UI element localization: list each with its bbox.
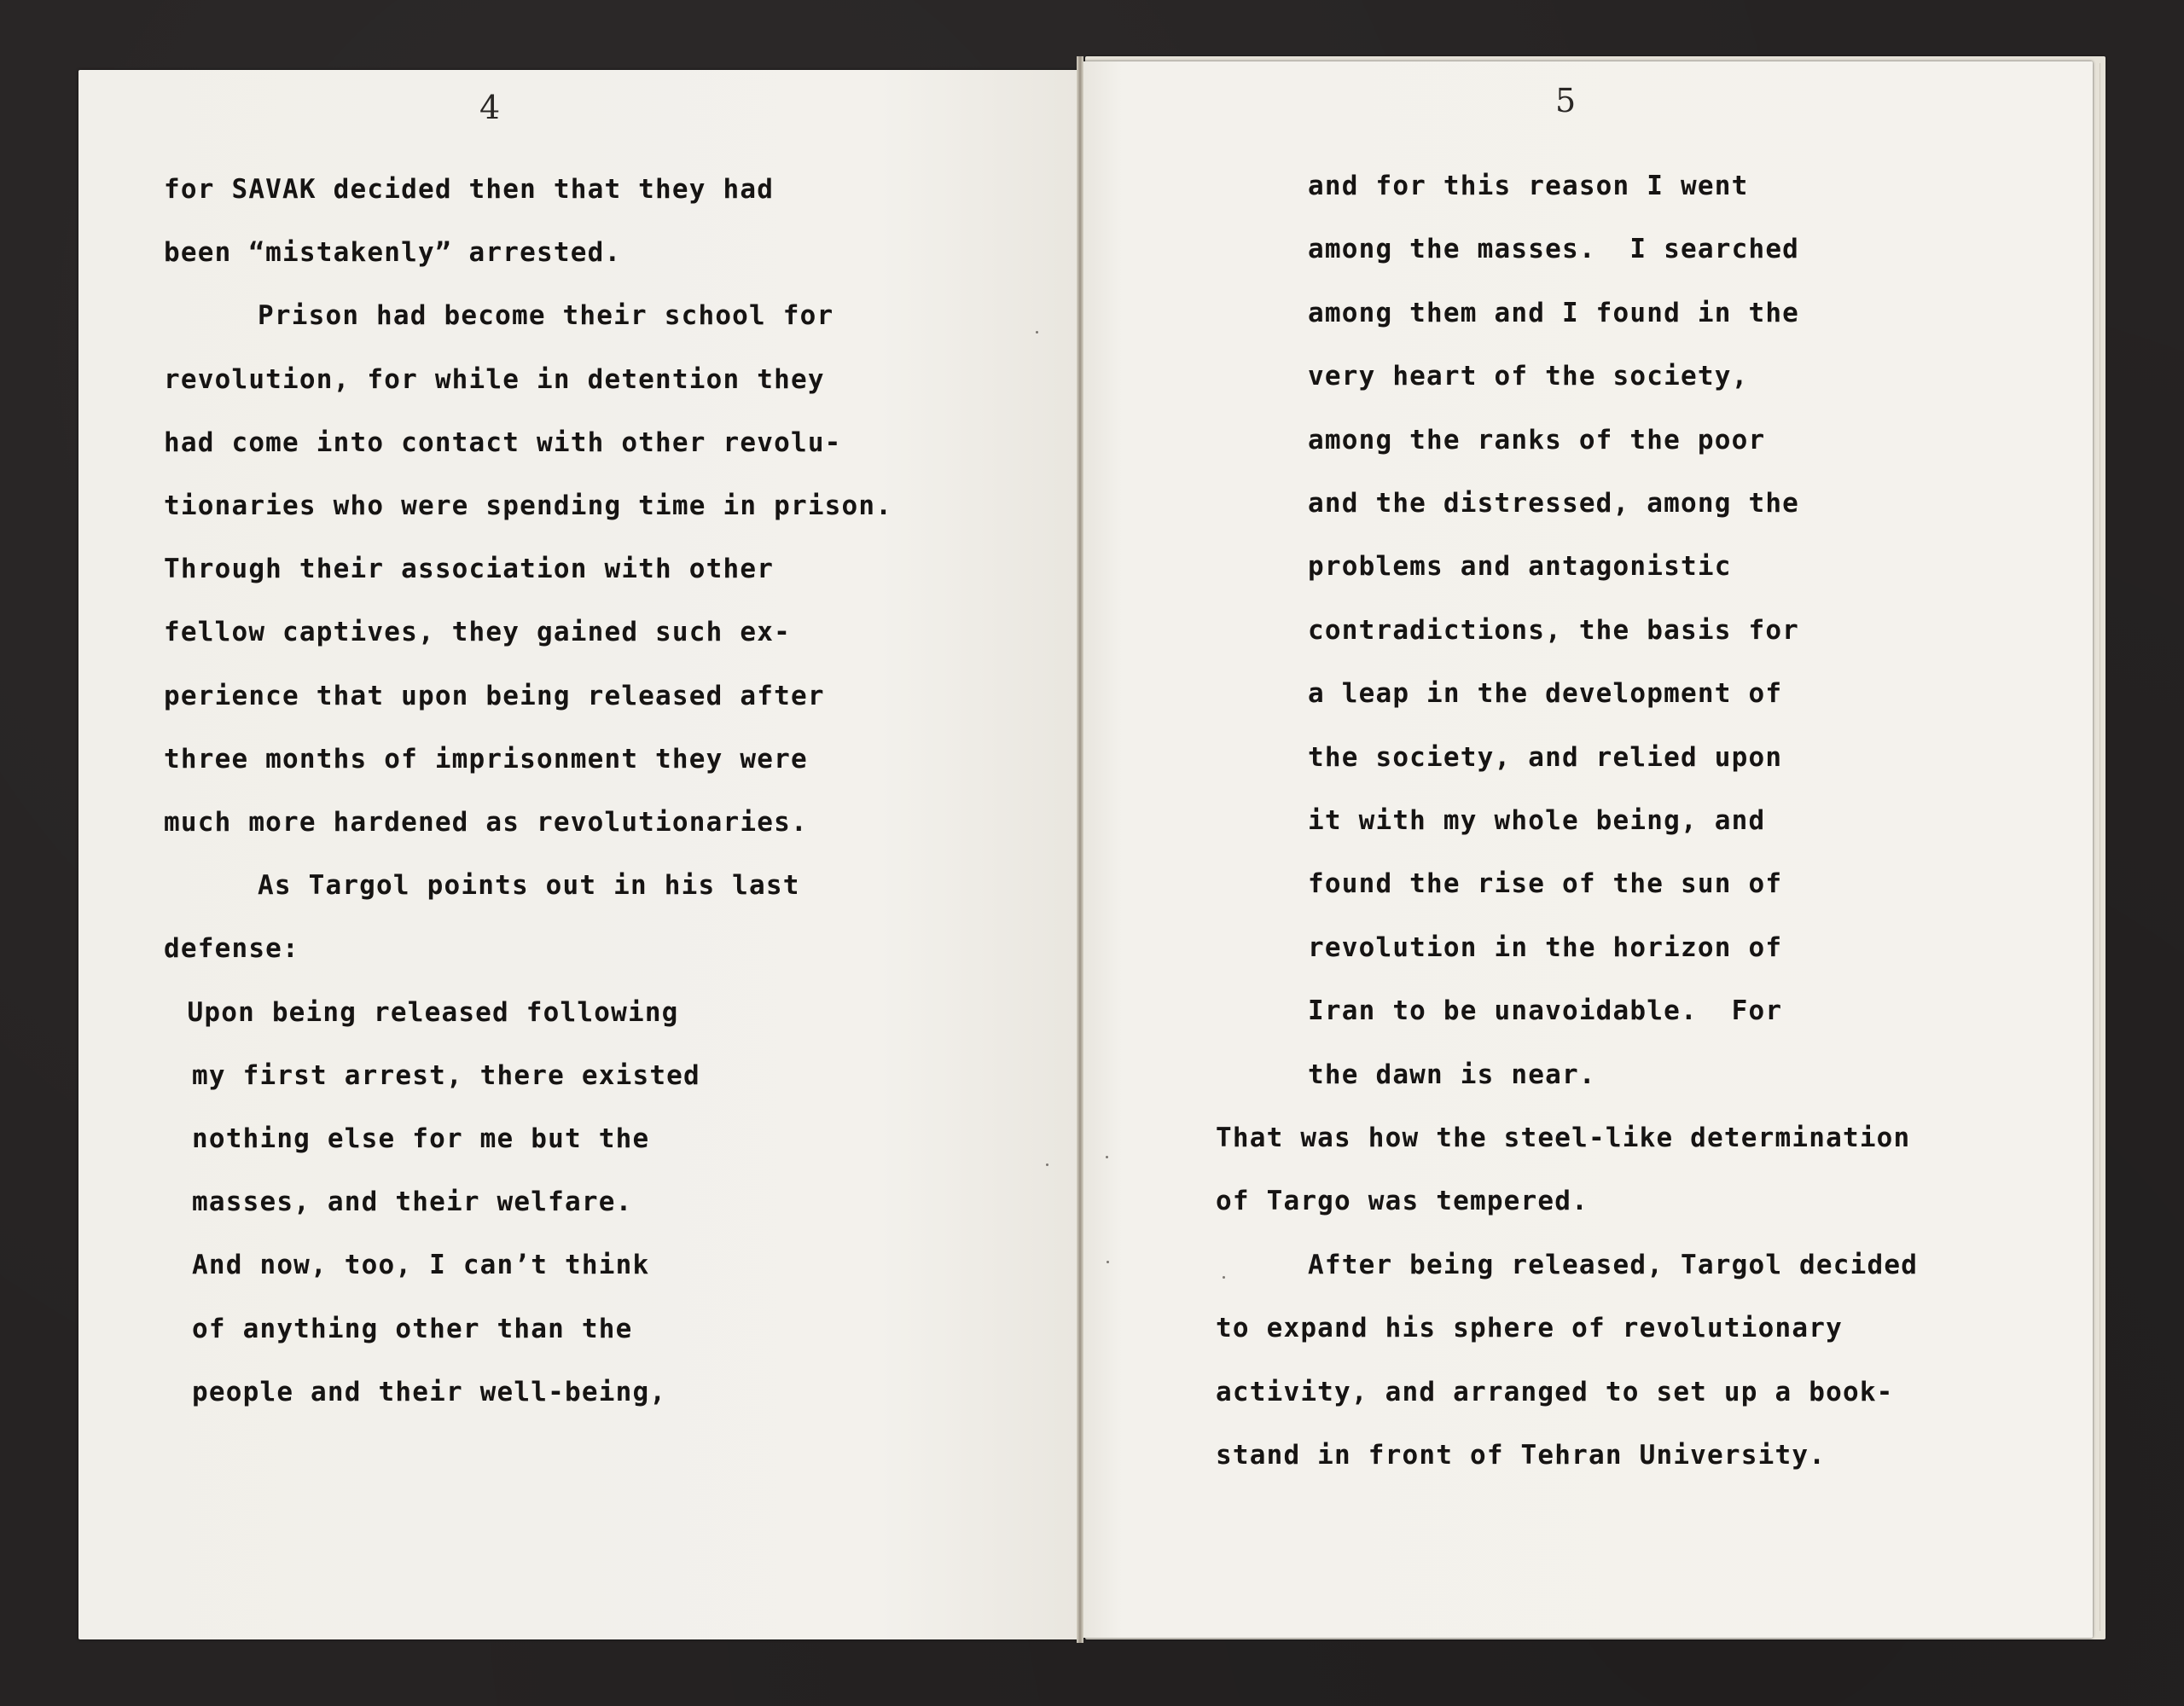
left-text-line: Through their association with other	[164, 554, 774, 584]
left-page-number: 4	[479, 89, 500, 126]
left-text-line: of anything other than the	[192, 1314, 632, 1344]
right-text-line: Iran to be unavoidable. For	[1308, 995, 1782, 1026]
right-page: 5 and for this reason I wentamong the ma…	[1082, 61, 2093, 1638]
left-text-line: three months of imprisonment they were	[164, 744, 808, 775]
left-text-line: much more hardened as revolutionaries.	[164, 807, 808, 838]
right-text-line: contradictions, the basis for	[1308, 615, 1799, 646]
right-text-line: the dawn is near.	[1308, 1059, 1596, 1090]
right-text-line: That was how the steel-like determinatio…	[1216, 1123, 1910, 1153]
left-text-line: tionaries who were spending time in pris…	[164, 490, 892, 521]
right-text-line: among the masses. I searched	[1308, 234, 1799, 264]
left-page: 4 for SAVAK decided then that they hadbe…	[78, 70, 1080, 1639]
right-text-line: problems and antagonistic	[1308, 551, 1732, 582]
left-text-line: As Targol points out in his last	[258, 870, 800, 901]
left-text-line: fellow captives, they gained such ex-	[164, 617, 791, 647]
left-text-line: Upon being released following	[188, 997, 679, 1028]
right-text-line: the society, and relied upon	[1308, 742, 1782, 773]
right-text-line: of Targo was tempered.	[1216, 1186, 1589, 1216]
right-text-line: among the ranks of the poor	[1308, 425, 1765, 456]
left-text-line: nothing else for me but the	[192, 1123, 649, 1154]
left-text-line: Prison had become their school for	[258, 300, 834, 331]
left-text-line: for SAVAK decided then that they had	[164, 174, 774, 205]
right-text-line: among them and I found in the	[1308, 298, 1799, 328]
left-text-line: masses, and their welfare.	[192, 1187, 632, 1217]
right-text-line: activity, and arranged to set up a book-	[1216, 1377, 1894, 1407]
left-text-line: my first arrest, there existed	[192, 1060, 700, 1091]
left-text-line: been “mistakenly” arrested.	[164, 237, 621, 268]
paper-speck	[1036, 331, 1038, 334]
right-text-line: very heart of the society,	[1308, 361, 1748, 392]
right-text-line: revolution in the horizon of	[1308, 932, 1782, 963]
left-text-line: perience that upon being released after	[164, 681, 825, 711]
left-text-line: And now, too, I can’t think	[192, 1250, 649, 1280]
paper-speck	[1223, 1276, 1225, 1279]
left-text-line: people and their well-being,	[192, 1377, 666, 1407]
right-text-line: and for this reason I went	[1308, 171, 1748, 201]
left-text-line: defense:	[164, 933, 299, 964]
right-text-line: to expand his sphere of revolutionary	[1216, 1313, 1843, 1343]
paper-speck	[1106, 1156, 1108, 1158]
right-text-line: a leap in the development of	[1308, 678, 1782, 709]
left-text-line: had come into contact with other revolu-	[164, 427, 842, 458]
right-page-number: 5	[1555, 82, 1576, 119]
left-text-line: revolution, for while in detention they	[164, 364, 825, 395]
right-text-line: and the distressed, among the	[1308, 488, 1799, 519]
book-gutter	[1077, 56, 1083, 1643]
right-text-line: it with my whole being, and	[1308, 805, 1765, 836]
right-text-line: stand in front of Tehran University.	[1216, 1440, 1826, 1471]
right-text-line: found the rise of the sun of	[1308, 868, 1782, 899]
paper-speck	[1107, 1261, 1109, 1263]
paper-speck	[1046, 1163, 1048, 1166]
right-text-line: After being released, Targol decided	[1308, 1250, 1918, 1280]
